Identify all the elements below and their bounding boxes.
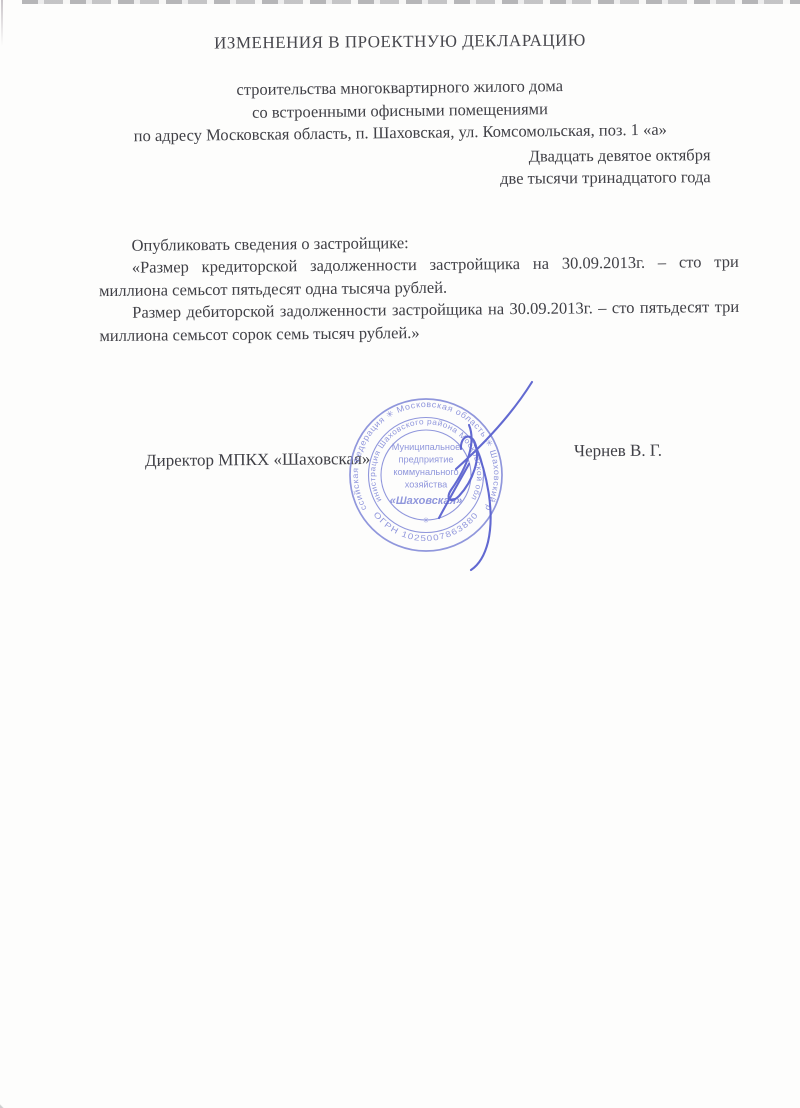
paragraph: Размер дебиторской задолженности застрой… (99, 296, 739, 347)
signature-strokes (439, 382, 532, 570)
document-date: Двадцать девятое октября две тысячи трин… (500, 144, 711, 189)
date-line: Двадцать девятое октября (500, 144, 711, 167)
handwritten-signature (390, 370, 550, 580)
date-line: две тысячи тринадцатого года (500, 166, 711, 189)
scan-artifact-top-edge (22, 0, 800, 4)
document-body: Опубликовать сведения о застройщике: «Ра… (98, 229, 739, 347)
signatory-name: Чернев В. Г. (574, 441, 662, 462)
signature-stroke (471, 445, 491, 570)
document-title: ИЗМЕНЕНИЯ В ПРОЕКТНУЮ ДЕКЛАРАЦИЮ (0, 29, 800, 55)
signature-stroke (456, 382, 532, 469)
scanned-document-page: ИЗМЕНЕНИЯ В ПРОЕКТНУЮ ДЕКЛАРАЦИЮ строите… (0, 0, 800, 1108)
paragraph: «Размер кредиторской задолженности застр… (99, 251, 739, 302)
director-position-label: Директор МПКХ «Шаховская» (145, 449, 371, 471)
document-subtitle: строительства многоквартирного жилого до… (0, 72, 800, 149)
scan-artifact-corner (0, 1098, 14, 1108)
